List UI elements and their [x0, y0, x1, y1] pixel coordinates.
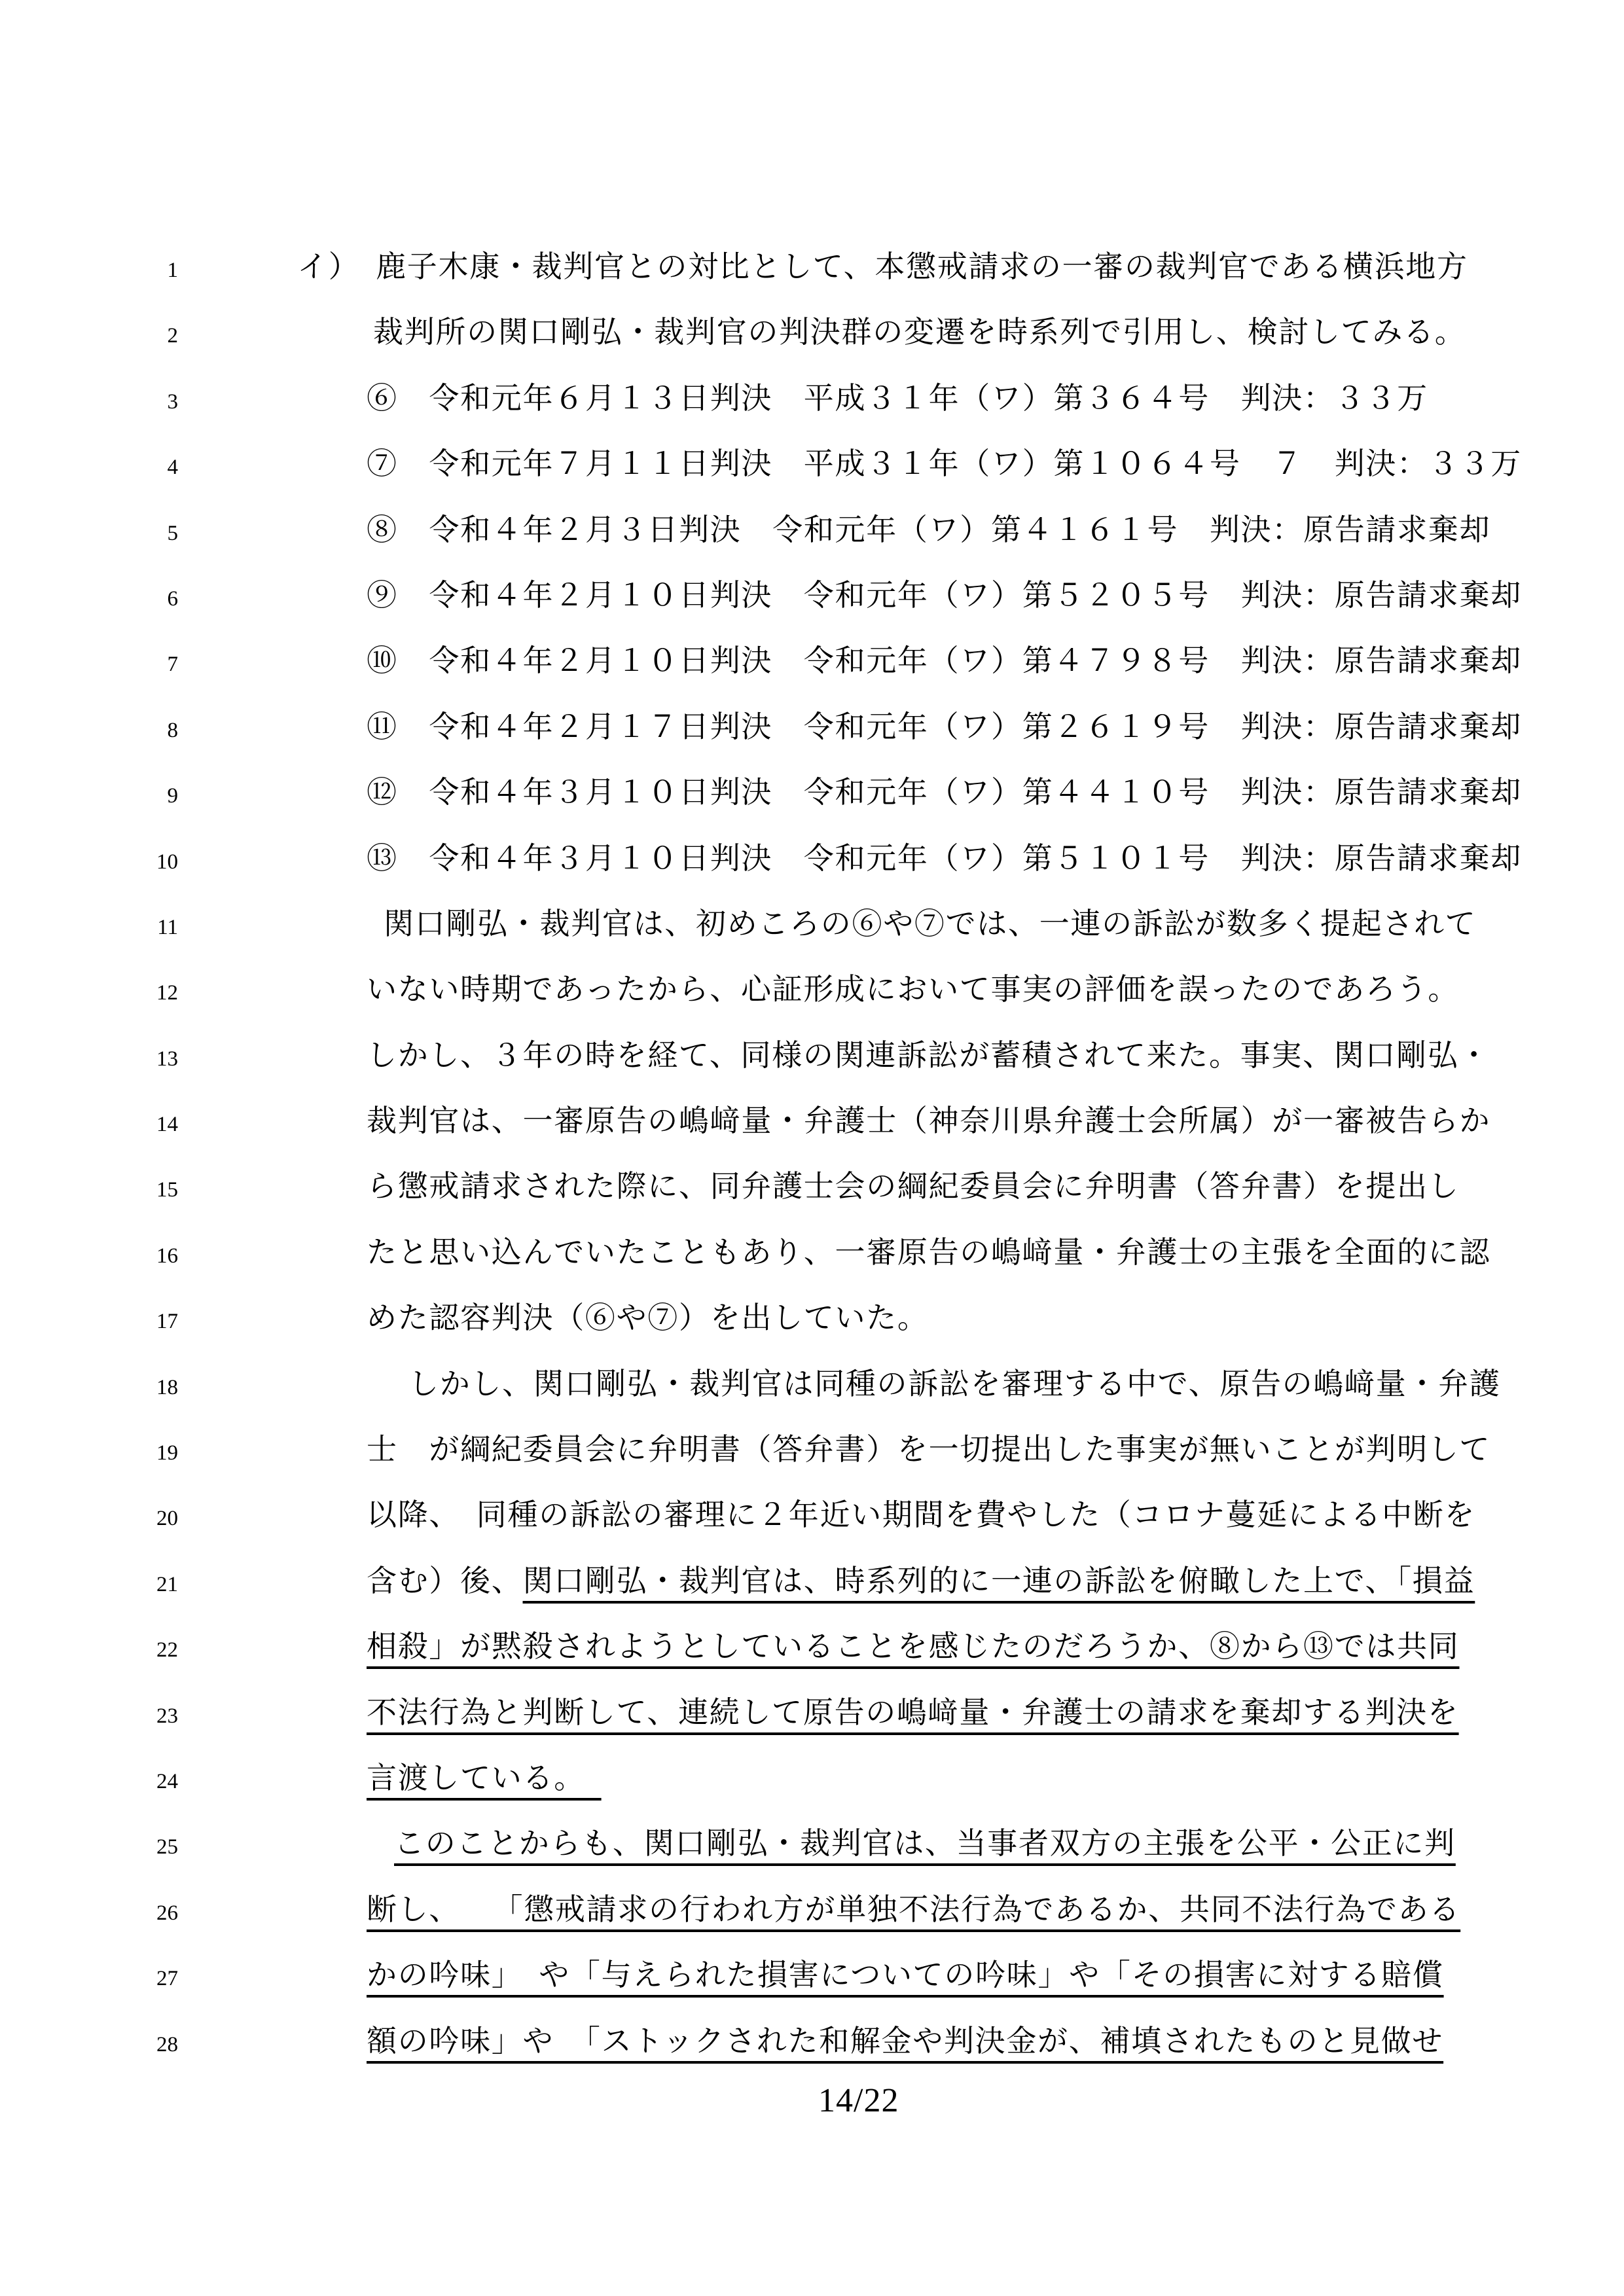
line-number: 6 — [126, 566, 178, 632]
underlined-text: 言渡している。 — [367, 1761, 602, 1795]
underlined-text: 関口剛弘・裁判官は、時系列的に一連の訴訟を俯瞰した上で、「損益 — [523, 1564, 1475, 1598]
document-line: 10 ⑬ 令和４年３月１０日判決 令和元年（ワ）第５１０１号 判決：原告請求棄却 — [126, 826, 1522, 891]
line-number: 9 — [126, 763, 178, 829]
line-number: 5 — [126, 501, 178, 566]
document-line: 26 断し、 「懲戒請求の行われ方が単独不法行為であるか、共同不法行為である — [126, 1877, 1522, 1943]
text-segment: しかし、３年の時を経て、同様の関連訴訟が蓄積されて来た。事実、関口剛弘・ — [367, 1039, 1490, 1072]
document-line: 21 含む）後、関口剛弘・裁判官は、時系列的に一連の訴訟を俯瞰した上で、「損益 — [126, 1549, 1522, 1614]
page-number: 14/22 — [818, 2081, 899, 2120]
line-text: ⑬ 令和４年３月１０日判決 令和元年（ワ）第５１０１号 判決：原告請求棄却 — [367, 842, 1522, 875]
line-text: 含む）後、関口剛弘・裁判官は、時系列的に一連の訴訟を俯瞰した上で、「損益 — [367, 1564, 1475, 1598]
underlined-text: かの吟味」 や「与えられた損害についての吟味」や「その損害に対する賠償 — [367, 1958, 1444, 1992]
underlined-text: 額の吟味」や 「ストックされた和解金や判決金が、補填されたものと見做せ — [367, 2024, 1443, 2058]
document-line: 28 額の吟味」や 「ストックされた和解金や判決金が、補填されたものと見做せ — [126, 2009, 1522, 2074]
line-number: 20 — [126, 1486, 178, 1551]
line-text: しかし、３年の時を経て、同様の関連訴訟が蓄積されて来た。事実、関口剛弘・ — [367, 1039, 1490, 1072]
text-segment: ら懲戒請求された際に、同弁護士会の綱紀委員会に弁明書（答弁書）を提出し — [367, 1170, 1460, 1203]
document-line: 19 士 が綱紀委員会に弁明書（答弁書）を一切提出した事実が無いことが判明して — [126, 1417, 1522, 1482]
text-segment: ⑫ 令和４年３月１０日判決 令和元年（ワ）第４４１０号 判決：原告請求棄却 — [367, 776, 1522, 809]
line-number: 10 — [126, 829, 178, 895]
text-segment: 含む）後、 — [367, 1564, 523, 1598]
line-text: このことからも、関口剛弘・裁判官は、当事者双方の主張を公平・公正に判 — [394, 1827, 1456, 1860]
document-line: 9 ⑫ 令和４年３月１０日判決 令和元年（ワ）第４４１０号 判決：原告請求棄却 — [126, 760, 1522, 825]
line-number: 15 — [126, 1157, 178, 1223]
line-text: ら懲戒請求された際に、同弁護士会の綱紀委員会に弁明書（答弁書）を提出し — [367, 1170, 1460, 1203]
line-number: 14 — [126, 1092, 178, 1157]
document-line: 1 イ） 鹿子木康・裁判官との対比として、本懲戒請求の一審の裁判官である横浜地方 — [126, 234, 1522, 300]
line-text: 以降、 同種の訴訟の審理に２年近い期間を費やした（コロナ蔓延による中断を — [367, 1498, 1475, 1532]
line-number: 23 — [126, 1683, 178, 1749]
text-segment: ⑥ 令和元年６月１３日判決 平成３１年（ワ）第３６４号 判決：３３万 — [367, 382, 1428, 415]
text-segment: ⑧ 令和４年２月３日判決 令和元年（ワ）第４１６１号 判決：原告請求棄却 — [367, 513, 1490, 547]
document-body: 1 イ） 鹿子木康・裁判官との対比として、本懲戒請求の一審の裁判官である横浜地方… — [126, 234, 1522, 2074]
text-segment: ⑦ 令和元年７月１１日判決 平成３１年（ワ）第１０６４号 ７ 判決：３３万 — [367, 447, 1522, 480]
line-text: ⑧ 令和４年２月３日判決 令和元年（ワ）第４１６１号 判決：原告請求棄却 — [367, 513, 1490, 547]
document-line: 24 言渡している。 — [126, 1746, 1522, 1811]
document-line: 6 ⑨ 令和４年２月１０日判決 令和元年（ワ）第５２０５号 判決：原告請求棄却 — [126, 563, 1522, 628]
line-number: 27 — [126, 1946, 178, 2011]
document-line: 8 ⑪ 令和４年２月１７日判決 令和元年（ワ）第２６１９号 判決：原告請求棄却 — [126, 694, 1522, 760]
line-number: 8 — [126, 698, 178, 763]
document-line: 13 しかし、３年の時を経て、同様の関連訴訟が蓄積されて来た。事実、関口剛弘・ — [126, 1023, 1522, 1088]
line-text: イ） 鹿子木康・裁判官との対比として、本懲戒請求の一審の裁判官である横浜地方 — [297, 250, 1468, 283]
line-number: 21 — [126, 1552, 178, 1617]
line-number: 12 — [126, 960, 178, 1026]
text-segment: いない時期であったから、心証形成において事実の評価を誤ったのであろう。 — [367, 973, 1459, 1006]
line-text: 言渡している。 — [367, 1761, 602, 1795]
line-text: ⑩ 令和４年２月１０日判決 令和元年（ワ）第４７９８号 判決：原告請求棄却 — [367, 644, 1522, 677]
underlined-text: 不法行為と判断して、連続して原告の嶋﨑量・弁護士の請求を棄却する判決を — [367, 1696, 1459, 1729]
text-segment: 裁判官は、一審原告の嶋﨑量・弁護士（神奈川県弁護士会所属）が一審被告らか — [367, 1104, 1490, 1138]
line-text: たと思い込んでいたこともあり、一審原告の嶋﨑量・弁護士の主張を全面的に認 — [367, 1236, 1490, 1269]
document-line: 14 裁判官は、一審原告の嶋﨑量・弁護士（神奈川県弁護士会所属）が一審被告らか — [126, 1088, 1522, 1154]
line-number: 4 — [126, 435, 178, 500]
text-segment: たと思い込んでいたこともあり、一審原告の嶋﨑量・弁護士の主張を全面的に認 — [367, 1236, 1490, 1269]
text-segment: ⑬ 令和４年３月１０日判決 令和元年（ワ）第５１０１号 判決：原告請求棄却 — [367, 842, 1522, 875]
document-page: 1 イ） 鹿子木康・裁判官との対比として、本懲戒請求の一審の裁判官である横浜地方… — [0, 0, 1624, 2296]
line-text: 額の吟味」や 「ストックされた和解金や判決金が、補填されたものと見做せ — [367, 2024, 1443, 2058]
line-text: めた認容判決（⑥や⑦）を出していた。 — [367, 1301, 929, 1335]
document-line: 5 ⑧ 令和４年２月３日判決 令和元年（ワ）第４１６１号 判決：原告請求棄却 — [126, 497, 1522, 563]
document-line: 22 相殺」が黙殺されようとしていることを感じたのだろうか、⑧から⑬では共同 — [126, 1614, 1522, 1679]
text-segment: 以降、 同種の訴訟の審理に２年近い期間を費やした（コロナ蔓延による中断を — [367, 1498, 1475, 1532]
line-number: 1 — [126, 238, 178, 303]
line-text: いない時期であったから、心証形成において事実の評価を誤ったのであろう。 — [367, 973, 1459, 1006]
line-text: 関口剛弘・裁判官は、初めころの⑥や⑦では、一連の訴訟が数多く提起されて — [384, 907, 1477, 941]
line-number: 26 — [126, 1880, 178, 1946]
document-line: 17 めた認容判決（⑥や⑦）を出していた。 — [126, 1285, 1522, 1351]
underlined-text: 断し、 「懲戒請求の行われ方が単独不法行為であるか、共同不法行為である — [367, 1893, 1460, 1926]
line-number: 28 — [126, 2012, 178, 2077]
document-line: 3 ⑥ 令和元年６月１３日判決 平成３１年（ワ）第３６４号 判決：３３万 — [126, 366, 1522, 431]
line-text: ⑥ 令和元年６月１３日判決 平成３１年（ワ）第３６４号 判決：３３万 — [367, 382, 1428, 415]
line-number: 11 — [126, 895, 178, 960]
line-text: 不法行為と判断して、連続して原告の嶋﨑量・弁護士の請求を棄却する判決を — [367, 1696, 1459, 1729]
underlined-text: 相殺」が黙殺されようとしていることを感じたのだろうか、⑧から⑬では共同 — [367, 1630, 1460, 1663]
text-segment: イ） 鹿子木康・裁判官との対比として、本懲戒請求の一審の裁判官である横浜地方 — [297, 250, 1468, 283]
document-line: 20 以降、 同種の訴訟の審理に２年近い期間を費やした（コロナ蔓延による中断を — [126, 1482, 1522, 1548]
document-line: 4 ⑦ 令和元年７月１１日判決 平成３１年（ワ）第１０６４号 ７ 判決：３３万 — [126, 431, 1522, 497]
line-number: 2 — [126, 303, 178, 368]
line-text: 相殺」が黙殺されようとしていることを感じたのだろうか、⑧から⑬では共同 — [367, 1630, 1460, 1663]
line-text: 断し、 「懲戒請求の行われ方が単独不法行為であるか、共同不法行為である — [367, 1893, 1460, 1926]
line-number: 18 — [126, 1355, 178, 1420]
document-line: 7 ⑩ 令和４年２月１０日判決 令和元年（ワ）第４７９８号 判決：原告請求棄却 — [126, 628, 1522, 694]
document-line: 15 ら懲戒請求された際に、同弁護士会の綱紀委員会に弁明書（答弁書）を提出し — [126, 1154, 1522, 1219]
document-line: 2 裁判所の関口剛弘・裁判官の判決群の変遷を時系列で引用し、検討してみる。 — [126, 300, 1522, 365]
text-segment: しかし、関口剛弘・裁判官は同種の訴訟を審理する中で、原告の嶋﨑量・弁護 — [408, 1367, 1501, 1401]
line-text: ⑫ 令和４年３月１０日判決 令和元年（ワ）第４４１０号 判決：原告請求棄却 — [367, 776, 1522, 809]
line-number: 7 — [126, 632, 178, 697]
text-segment: ⑨ 令和４年２月１０日判決 令和元年（ワ）第５２０５号 判決：原告請求棄却 — [367, 579, 1522, 612]
document-line: 23 不法行為と判断して、連続して原告の嶋﨑量・弁護士の請求を棄却する判決を — [126, 1680, 1522, 1746]
document-line: 11 関口剛弘・裁判官は、初めころの⑥や⑦では、一連の訴訟が数多く提起されて — [126, 891, 1522, 957]
line-number: 16 — [126, 1223, 178, 1289]
line-text: 裁判所の関口剛弘・裁判官の判決群の変遷を時系列で引用し、検討してみる。 — [373, 315, 1466, 349]
text-segment: 関口剛弘・裁判官は、初めころの⑥や⑦では、一連の訴訟が数多く提起されて — [384, 907, 1477, 941]
text-segment: ⑩ 令和４年２月１０日判決 令和元年（ワ）第４７９８号 判決：原告請求棄却 — [367, 644, 1522, 677]
line-number: 3 — [126, 369, 178, 435]
text-segment: 裁判所の関口剛弘・裁判官の判決群の変遷を時系列で引用し、検討してみる。 — [373, 315, 1466, 349]
line-text: ⑦ 令和元年７月１１日判決 平成３１年（ワ）第１０６４号 ７ 判決：３３万 — [367, 447, 1522, 480]
line-number: 24 — [126, 1749, 178, 1814]
line-text: ⑪ 令和４年２月１７日判決 令和元年（ワ）第２６１９号 判決：原告請求棄却 — [367, 710, 1522, 744]
line-text: かの吟味」 や「与えられた損害についての吟味」や「その損害に対する賠償 — [367, 1958, 1444, 1992]
document-line: 18 しかし、関口剛弘・裁判官は同種の訴訟を審理する中で、原告の嶋﨑量・弁護 — [126, 1352, 1522, 1417]
document-line: 25 このことからも、関口剛弘・裁判官は、当事者双方の主張を公平・公正に判 — [126, 1811, 1522, 1876]
document-line: 27 かの吟味」 や「与えられた損害についての吟味」や「その損害に対する賠償 — [126, 1943, 1522, 2008]
line-number: 13 — [126, 1026, 178, 1092]
text-segment: 士 が綱紀委員会に弁明書（答弁書）を一切提出した事実が無いことが判明して — [367, 1433, 1490, 1466]
line-number: 19 — [126, 1420, 178, 1486]
line-text: 裁判官は、一審原告の嶋﨑量・弁護士（神奈川県弁護士会所属）が一審被告らか — [367, 1104, 1490, 1138]
document-line: 16 たと思い込んでいたこともあり、一審原告の嶋﨑量・弁護士の主張を全面的に認 — [126, 1220, 1522, 1285]
underlined-text: このことからも、関口剛弘・裁判官は、当事者双方の主張を公平・公正に判 — [394, 1827, 1456, 1860]
line-number: 22 — [126, 1617, 178, 1683]
line-text: 士 が綱紀委員会に弁明書（答弁書）を一切提出した事実が無いことが判明して — [367, 1433, 1490, 1466]
line-text: ⑨ 令和４年２月１０日判決 令和元年（ワ）第５２０５号 判決：原告請求棄却 — [367, 579, 1522, 612]
line-number: 25 — [126, 1814, 178, 1880]
line-number: 17 — [126, 1289, 178, 1354]
text-segment: ⑪ 令和４年２月１７日判決 令和元年（ワ）第２６１９号 判決：原告請求棄却 — [367, 710, 1522, 744]
text-segment: めた認容判決（⑥や⑦）を出していた。 — [367, 1301, 929, 1335]
line-text: しかし、関口剛弘・裁判官は同種の訴訟を審理する中で、原告の嶋﨑量・弁護 — [408, 1367, 1501, 1401]
document-line: 12 いない時期であったから、心証形成において事実の評価を誤ったのであろう。 — [126, 957, 1522, 1022]
